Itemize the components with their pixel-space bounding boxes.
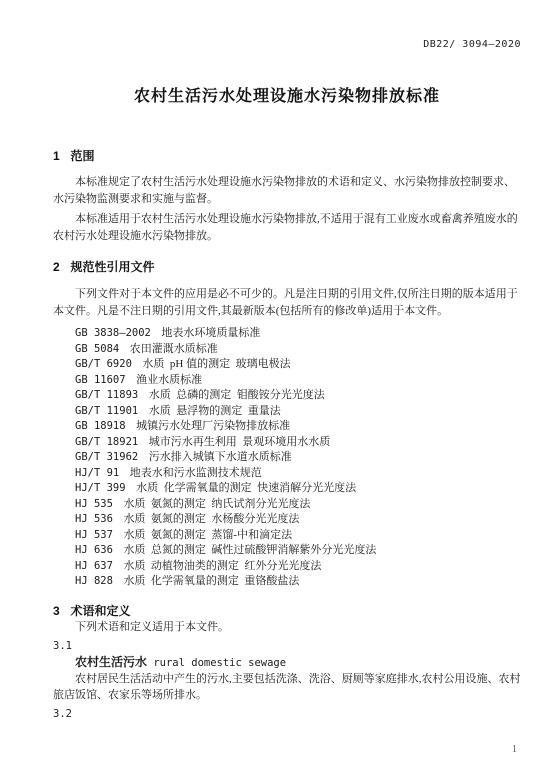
- reference-item: GB/T 31962污水排入城镇下水道水质标准: [75, 450, 521, 466]
- section-2-heading: 2规范性引用文件: [53, 259, 521, 275]
- section-scope: 1范围 本标准规定了农村生活污水处理设施水污染物排放的术语和定义、水污染物排放控…: [53, 148, 521, 245]
- reference-title: 农田灌溉水质标准: [130, 343, 218, 355]
- scope-paragraph-2: 本标准适用于农村生活污水处理设施水污染物排放,不适用于混有工业废水或畜禽养殖废水…: [53, 211, 521, 245]
- reference-title: 水质 总氮的测定 碱性过硫酸钾消解紫外分光光度法: [123, 544, 376, 556]
- reference-title: 水质 总磷的测定 钼酸铵分光光度法: [149, 389, 325, 401]
- reference-list: GB 3838—2002地表水环境质量标准 GB 5084农田灌溉水质标准 GB…: [53, 326, 521, 590]
- reference-code: GB/T 11893: [75, 389, 138, 401]
- reference-code: GB 11607: [75, 374, 126, 386]
- reference-code: HJ 828: [75, 575, 113, 587]
- reference-item: GB 5084农田灌溉水质标准: [75, 342, 521, 358]
- reference-title: 水质 动植物油类的测定 红外分光光度法: [123, 560, 321, 572]
- reference-item: HJ/T 399水质 化学需氧量的测定 快速消解分光光度法: [75, 481, 521, 497]
- reference-item: GB 18918城镇污水处理厂污染物排放标准: [75, 419, 521, 435]
- reference-item: GB/T 11893水质 总磷的测定 钼酸铵分光光度法: [75, 388, 521, 404]
- scope-paragraph-1: 本标准规定了农村生活污水处理设施水污染物排放的术语和定义、水污染物排放控制要求、…: [53, 174, 521, 208]
- reference-item: GB 3838—2002地表水环境质量标准: [75, 326, 521, 342]
- section-1-heading: 1范围: [53, 148, 521, 164]
- section-2-title: 规范性引用文件: [70, 260, 154, 274]
- term-name-cn: 农村生活污水: [75, 655, 147, 669]
- reference-code: HJ/T 91: [75, 467, 119, 479]
- reference-code: HJ/T 399: [75, 482, 126, 494]
- reference-item: GB/T 11901水质 悬浮物的测定 重量法: [75, 404, 521, 420]
- section-terms-definitions: 3术语和定义 下列术语和定义适用于本文件。 3.1 农村生活污水rural do…: [53, 603, 521, 722]
- reference-code: GB/T 18921: [75, 436, 138, 448]
- terms-intro: 下列术语和定义适用于本文件。: [53, 619, 521, 636]
- term-number: 3.1: [53, 638, 521, 654]
- reference-code: HJ 537: [75, 529, 113, 541]
- term-name-line: 农村生活污水rural domestic sewage: [53, 654, 521, 671]
- reference-code: GB 5084: [75, 343, 119, 355]
- reference-item: GB/T 6920水质 pH 值的测定 玻璃电极法: [75, 357, 521, 373]
- reference-title: 水质 化学需氧量的测定 重铬酸盐法: [123, 575, 299, 587]
- section-1-number: 1: [53, 149, 60, 163]
- section-3-heading: 3术语和定义: [53, 603, 521, 619]
- reference-item: HJ/T 91地表水和污水监测技术规范: [75, 466, 521, 482]
- reference-title: 水质 氨氮的测定 蒸馏-中和滴定法: [123, 529, 292, 541]
- page-header: DB22/ 3094—2020: [53, 38, 521, 50]
- reference-item: HJ 636水质 总氮的测定 碱性过硫酸钾消解紫外分光光度法: [75, 543, 521, 559]
- reference-item: HJ 535水质 氨氮的测定 纳氏试剂分光光度法: [75, 497, 521, 513]
- reference-title: 城镇污水处理厂污染物排放标准: [136, 420, 290, 432]
- reference-item: HJ 637水质 动植物油类的测定 红外分光光度法: [75, 559, 521, 575]
- document-page: DB22/ 3094—2020 农村生活污水处理设施水污染物排放标准 1范围 本…: [0, 0, 559, 778]
- term-number: 3.2: [53, 706, 521, 722]
- reference-title: 水质 氨氮的测定 纳氏试剂分光光度法: [123, 498, 310, 510]
- reference-item: HJ 536水质 氨氮的测定 水杨酸分光光度法: [75, 512, 521, 528]
- page-number: 1: [512, 744, 517, 755]
- reference-title: 水质 pH 值的测定 玻璃电极法: [142, 358, 290, 370]
- reference-title: 地表水和污水监测技术规范: [130, 467, 262, 479]
- reference-title: 城市污水再生利用 景观环境用水水质: [149, 436, 331, 448]
- references-intro-paragraph: 下列文件对于本文件的应用是必不可少的。凡是注日期的引用文件,仅所注日期的版本适用…: [53, 286, 521, 320]
- term-name-en: rural domestic sewage: [153, 657, 286, 669]
- reference-code: GB/T 11901: [75, 405, 138, 417]
- reference-title: 水质 悬浮物的测定 重量法: [149, 405, 281, 417]
- reference-title: 水质 化学需氧量的测定 快速消解分光光度法: [136, 482, 356, 494]
- document-title: 农村生活污水处理设施水污染物排放标准: [53, 86, 521, 108]
- reference-code: GB/T 6920: [75, 358, 132, 370]
- section-3-title: 术语和定义: [70, 604, 130, 618]
- reference-code: HJ 536: [75, 513, 113, 525]
- reference-title: 地表水环境质量标准: [161, 327, 260, 339]
- doc-code: DB22/ 3094—2020: [423, 39, 521, 50]
- section-2-number: 2: [53, 260, 60, 274]
- section-normative-references: 2规范性引用文件 下列文件对于本文件的应用是必不可少的。凡是注日期的引用文件,仅…: [53, 259, 521, 590]
- term-definition: 农村居民生活活动中产生的污水,主要包括洗涤、洗浴、厨厕等家庭排水,农村公用设施、…: [53, 671, 521, 704]
- page-footer: 1: [512, 744, 517, 756]
- section-1-title: 范围: [70, 149, 94, 163]
- reference-title: 渔业水质标准: [136, 374, 202, 386]
- reference-title: 水质 氨氮的测定 水杨酸分光光度法: [123, 513, 299, 525]
- reference-code: GB/T 31962: [75, 451, 138, 463]
- reference-item: GB/T 18921城市污水再生利用 景观环境用水水质: [75, 435, 521, 451]
- reference-title: 污水排入城镇下水道水质标准: [149, 451, 292, 463]
- section-3-number: 3: [53, 604, 60, 618]
- reference-code: HJ 636: [75, 544, 113, 556]
- reference-item: GB 11607渔业水质标准: [75, 373, 521, 389]
- reference-item: HJ 828水质 化学需氧量的测定 重铬酸盐法: [75, 574, 521, 590]
- reference-item: HJ 537水质 氨氮的测定 蒸馏-中和滴定法: [75, 528, 521, 544]
- reference-code: HJ 637: [75, 560, 113, 572]
- reference-code: HJ 535: [75, 498, 113, 510]
- reference-code: GB 3838—2002: [75, 327, 151, 339]
- reference-code: GB 18918: [75, 420, 126, 432]
